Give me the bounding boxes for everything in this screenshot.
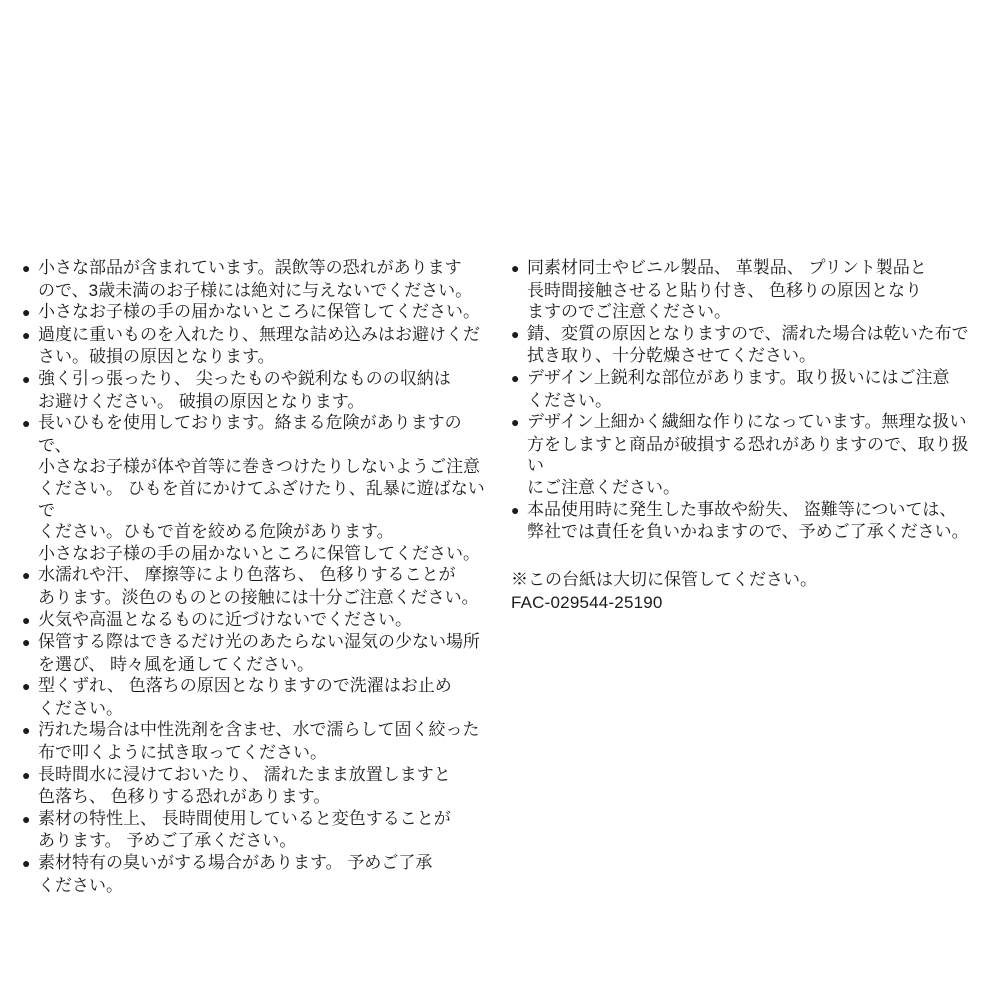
bullet-icon: ● [511,412,527,434]
caution-item: ●本品使用時に発生した事故や紛失、 盗難等については、 弊社では責任を負いかねま… [511,499,983,543]
caution-text: 水濡れや汗、 摩擦等により色落ち、 色移りすることが あります。淡色のものとの接… [38,565,479,607]
caution-item: ●デザイン上鋭利な部位があります。取り扱いにはご注意 ください。 [511,367,983,411]
caution-item: ●過度に重いものを入れたり、無理な詰め込みはお避けくだ さい。破損の原因となりま… [22,324,492,368]
caution-item: ●水濡れや汗、 摩擦等により色落ち、 色移りすることが あります。淡色のものとの… [22,564,492,608]
bullet-icon: ● [22,765,38,787]
bullet-icon: ● [22,632,38,654]
caution-item: ●素材特有の臭いがする場合があります。 予めご了承 ください。 [22,852,492,896]
caution-item: ●長時間水に浸けておいたり、 濡れたまま放置しますと 色落ち、 色移りする恐れが… [22,764,492,808]
caution-item: ●錆、変質の原因となりますので、濡れた場合は乾いた布で 拭き取り、十分乾燥させて… [511,323,983,367]
care-instructions-sheet: ●小さな部品が含まれています。誤飲等の恐れがあります ので、3歳未満のお子様には… [0,0,1000,1000]
left-column: ●小さな部品が含まれています。誤飲等の恐れがあります ので、3歳未満のお子様には… [22,257,492,896]
bullet-icon: ● [22,610,38,632]
bullet-icon: ● [22,809,38,831]
right-column-items: ●同素材同士やビニル製品、 革製品、 プリント製品と 長時間接触させると貼り付き… [511,257,983,543]
caution-item: ●小さなお子様の手の届かないところに保管してください。 [22,301,492,324]
caution-text: 過度に重いものを入れたり、無理な詰め込みはお避けくだ さい。破損の原因となります… [38,325,480,367]
caution-item: ●強く引っ張ったり、 尖ったものや鋭利なものの収納は お避けください。 破損の原… [22,368,492,412]
caution-text: 強く引っ張ったり、 尖ったものや鋭利なものの収納は お避けください。 破損の原因… [38,369,451,411]
caution-item: ●素材の特性上、 長時間使用していると変色することが あります。 予めご了承くだ… [22,808,492,852]
caution-item: ●火気や高温となるものに近づけないでください。 [22,609,492,632]
caution-text: デザイン上細かく繊細な作りになっています。無理な扱い 方をしますと商品が破損する… [527,412,969,497]
caution-item: ●同素材同士やビニル製品、 革製品、 プリント製品と 長時間接触させると貼り付き… [511,257,983,323]
caution-text: 同素材同士やビニル製品、 革製品、 プリント製品と 長時間接触させると貼り付き、… [527,258,927,321]
keep-this-card-note: ※この台紙は大切に保管してください。 [511,569,983,591]
caution-item: ●保管する際はできるだけ光のあたらない湿気の少ない場所 を選び、 時々風を通して… [22,631,492,675]
caution-text: 保管する際はできるだけ光のあたらない湿気の少ない場所 を選び、 時々風を通してく… [38,632,480,674]
caution-item: ●型くずれ、 色落ちの原因となりますので洗濯はお止め ください。 [22,675,492,719]
bullet-icon: ● [511,258,527,280]
bullet-icon: ● [511,324,527,346]
bullet-icon: ● [511,368,527,390]
bullet-icon: ● [22,369,38,391]
caution-item: ●長いひもを使用しております。絡まる危険がありますので、 小さなお子様が体や首等… [22,412,492,564]
caution-text: 火気や高温となるものに近づけないでください。 [38,610,412,629]
left-column-items: ●小さな部品が含まれています。誤飲等の恐れがあります ので、3歳未満のお子様には… [22,257,492,896]
caution-item: ●デザイン上細かく繊細な作りになっています。無理な扱い 方をしますと商品が破損す… [511,411,983,498]
right-column: ●同素材同士やビニル製品、 革製品、 プリント製品と 長時間接触させると貼り付き… [511,257,983,614]
bullet-icon: ● [22,302,38,324]
bullet-icon: ● [22,258,38,280]
bullet-icon: ● [22,325,38,347]
caution-text: 素材の特性上、 長時間使用していると変色することが あります。 予めご了承くださ… [38,809,451,851]
bullet-icon: ● [22,413,38,435]
caution-item: ●汚れた場合は中性洗剤を含ませ、水で濡らして固く絞った 布で叩くように拭き取って… [22,719,492,763]
bullet-icon: ● [22,720,38,742]
caution-text: 小さなお子様の手の届かないところに保管してください。 [38,302,480,321]
caution-text: 長いひもを使用しております。絡まる危険がありますので、 小さなお子様が体や首等に… [38,413,485,563]
bullet-icon: ● [22,676,38,698]
caution-text: 本品使用時に発生した事故や紛失、 盗難等については、 弊社では責任を負いかねます… [527,500,969,542]
bullet-icon: ● [511,500,527,522]
caution-text: 型くずれ、 色落ちの原因となりますので洗濯はお止め ください。 [38,676,452,718]
caution-item: ●小さな部品が含まれています。誤飲等の恐れがあります ので、3歳未満のお子様には… [22,257,492,301]
caution-text: 錆、変質の原因となりますので、濡れた場合は乾いた布で 拭き取り、十分乾燥させてく… [527,324,969,366]
caution-text: 長時間水に浸けておいたり、 濡れたまま放置しますと 色落ち、 色移りする恐れがあ… [38,765,451,807]
caution-text: 小さな部品が含まれています。誤飲等の恐れがあります ので、3歳未満のお子様には絶… [38,258,472,300]
caution-text: 素材特有の臭いがする場合があります。 予めご了承 ください。 [38,853,432,895]
caution-text: 汚れた場合は中性洗剤を含ませ、水で濡らして固く絞った 布で叩くように拭き取ってく… [38,720,480,762]
caution-text: デザイン上鋭利な部位があります。取り扱いにはご注意 ください。 [527,368,949,410]
product-code: FAC-029544-25190 [511,592,983,614]
bullet-icon: ● [22,853,38,875]
bullet-icon: ● [22,565,38,587]
